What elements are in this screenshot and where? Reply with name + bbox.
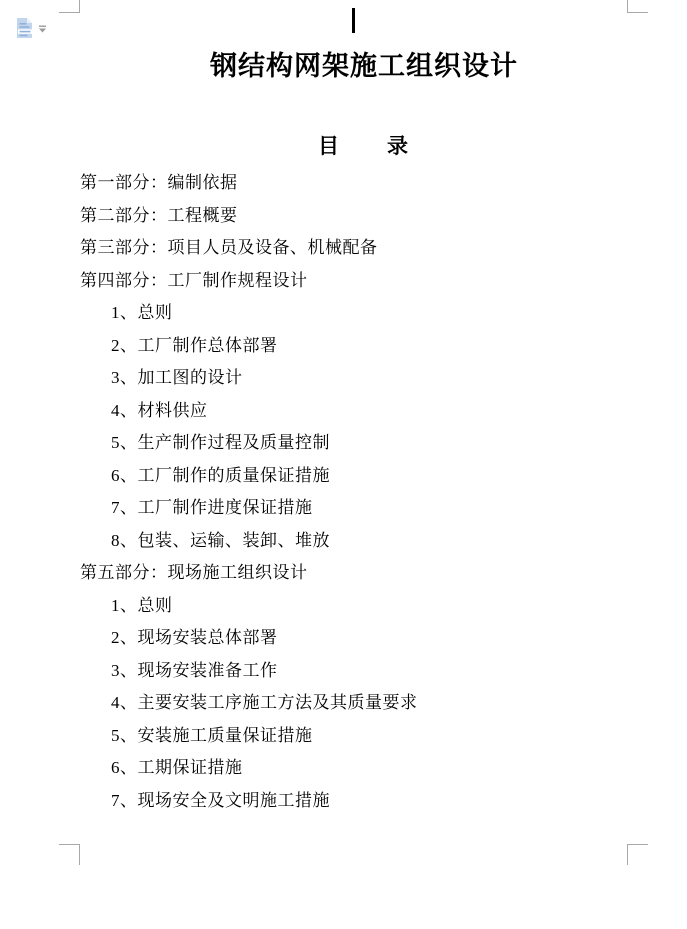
toc-list: 第一部分：编制依据第二部分：工程概要第三部分：项目人员及设备、机械配备第四部分：… [80,167,648,817]
margin-crop-mark-bottom-right [627,844,648,845]
toc-item[interactable]: 8、包装、运输、装卸、堆放 [80,525,648,558]
document-page[interactable]: 钢结构网架施工组织设计 目 录 第一部分：编制依据第二部分：工程概要第三部分：项… [0,0,687,929]
toc-item[interactable]: 第三部分：项目人员及设备、机械配备 [80,232,648,265]
toc-item[interactable]: 4、主要安装工序施工方法及其质量要求 [80,687,648,720]
text-cursor [352,8,355,33]
margin-crop-mark-top-right [627,12,648,13]
margin-crop-mark-top-left [59,12,80,13]
toc-item[interactable]: 6、工厂制作的质量保证措施 [80,460,648,493]
document-title[interactable]: 钢结构网架施工组织设计 [80,44,648,83]
toc-item[interactable]: 第二部分：工程概要 [80,200,648,233]
toc-item[interactable]: 1、总则 [80,297,648,330]
margin-crop-mark-bottom-left [59,844,80,845]
toc-item[interactable]: 第一部分：编制依据 [80,167,648,200]
toc-item[interactable]: 7、现场安全及文明施工措施 [80,785,648,818]
toc-item[interactable]: 3、加工图的设计 [80,362,648,395]
toc-item[interactable]: 3、现场安装准备工作 [80,655,648,688]
toc-item[interactable]: 第四部分：工厂制作规程设计 [80,265,648,298]
toc-item[interactable]: 7、工厂制作进度保证措施 [80,492,648,525]
paste-icon [16,17,34,39]
margin-crop-mark-bottom-right [627,844,628,865]
toc-item[interactable]: 2、现场安装总体部署 [80,622,648,655]
toc-item[interactable]: 5、安装施工质量保证措施 [80,720,648,753]
toc-item[interactable]: 4、材料供应 [80,395,648,428]
toc-item[interactable]: 第五部分：现场施工组织设计 [80,557,648,590]
toc-item[interactable]: 6、工期保证措施 [80,752,648,785]
toc-heading[interactable]: 目 录 [80,130,648,160]
chevron-down-icon [38,25,47,33]
margin-crop-mark-bottom-left [79,844,80,865]
toc-item[interactable]: 1、总则 [80,590,648,623]
toc-item[interactable]: 2、工厂制作总体部署 [80,330,648,363]
toc-item[interactable]: 5、生产制作过程及质量控制 [80,427,648,460]
paste-options-button[interactable] [16,15,52,41]
